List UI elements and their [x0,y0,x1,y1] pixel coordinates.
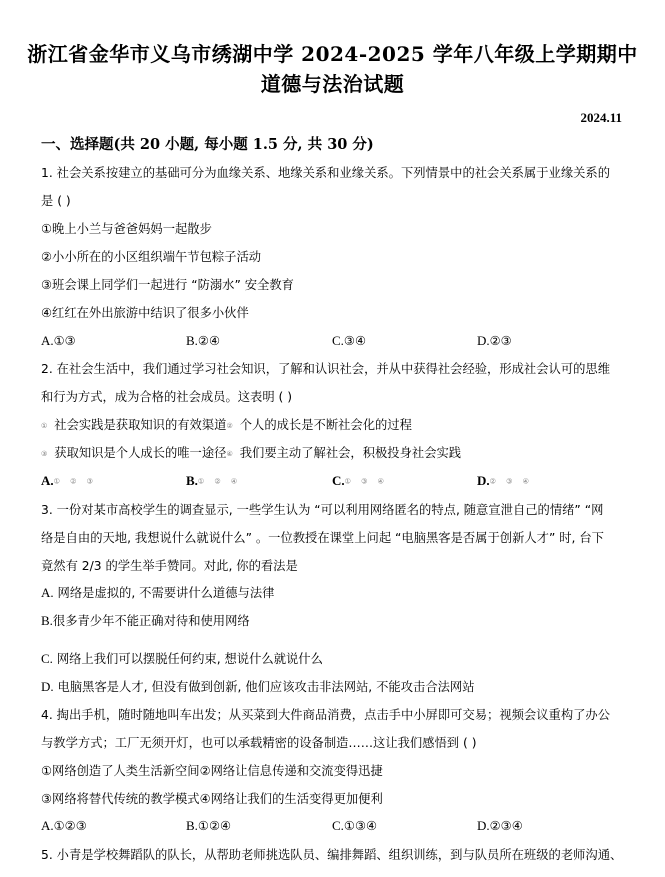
question-stem: 1. 社会关系按建立的基础可分为血缘关系、地缘关系和业缘关系。下列情景中的社会关… [41,164,610,182]
question-stem: 2. 在社会生活中，我们通过学习社会知识，了解和认识社会，并从中获得社会经验，形… [41,360,610,378]
option-text: ① ③ ④ [345,478,388,486]
statement-line: ①社会实践是获取知识的有效渠道②个人的成长是不断社会化的过程 [41,416,412,435]
statement-marker: ④ [226,450,232,458]
question-stem: 与教学方式；工厂无须开灯，也可以承载精密的设备制造……这让我们感悟到 ( ) [41,734,477,752]
option-d: D.② ③ ④ [477,472,533,491]
statement: ②小小所在的小区组织端午节包粽子活动 [41,248,261,266]
option-a: A.①②③ [41,817,87,835]
option-c: C.①③④ [332,817,377,835]
option-text: ①②③ [54,819,87,833]
statement-marker: ① [41,422,47,430]
option-letter: C. [332,333,344,348]
option-text: ①③④ [344,819,377,833]
option-letter: A. [41,818,54,833]
option-text: 电脑黑客是人才, 但没有做到创新, 他们应该攻击非法网站, 不能攻击合法网站 [54,680,475,694]
question-stem: 和行为方式，成为合格的社会成员。这表明 ( ) [41,388,292,406]
option-text: 网络上我们可以摆脱任何约束, 想说什么就说什么 [53,652,323,666]
statement-text: 社会实践是获取知识的有效渠道 [54,418,226,432]
statement-marker: ② [226,422,232,430]
statement: ③班会课上同学们一起进行 “防溺水” 安全教育 [41,276,294,294]
option-text: ③④ [344,334,366,348]
statement-line: ①网络创造了人类生活新空间②网络让信息传递和交流变得迅捷 [41,762,383,780]
exam-title-line2: 道德与法治试题 [0,72,665,96]
option-letter: D. [477,333,490,348]
question-stem: 络是自由的天地, 我想说什么就说什么” 。一位教授在课堂上问起 “电脑黑客是否属… [41,529,604,547]
option-c: C.③④ [332,332,366,350]
option-text: 很多青少年不能正确对待和使用网络 [53,614,250,628]
statement: ④红红在外出旅游中结识了很多小伙伴 [41,304,249,322]
option-text: ②③ [490,334,512,348]
option-letter: A. [41,333,54,348]
statement-text: 获取知识是个人成长的唯一途径 [54,446,226,460]
option-letter: B. [186,333,198,348]
option-d: D.②③④ [477,817,523,835]
option-letter: B. [41,613,53,628]
statement-line: ③网络将替代传统的教学模式④网络让我们的生活变得更加便利 [41,790,383,808]
question-stem: 5. 小青是学校舞蹈队的队长，从帮助老师挑选队员、编排舞蹈、组织训练，到与队员所… [41,846,622,864]
option-letter: A. [41,473,54,488]
option-letter: D. [477,818,490,833]
exam-date: 2024.11 [580,110,622,126]
statement-marker: ③ [41,450,47,458]
statement-text: 个人的成长是不断社会化的过程 [240,418,412,432]
option-d: D.②③ [477,332,512,350]
statement: ①晚上小兰与爸爸妈妈一起散步 [41,220,212,238]
option-letter: C. [332,818,344,833]
option-d: D. 电脑黑客是人才, 但没有做到创新, 他们应该攻击非法网站, 不能攻击合法网… [41,678,475,696]
option-text: ②③④ [490,819,523,833]
question-stem: 4. 掏出手机，随时随地叫车出发；从买菜到大件商品消费，点击手中小屏即可交易；视… [41,706,610,724]
option-c: C. 网络上我们可以摆脱任何约束, 想说什么就说什么 [41,650,323,668]
option-text: ② ③ ④ [490,478,533,486]
exam-title-line1: 浙江省金华市义乌市绣湖中学 2024-2025 学年八年级上学期期中 [0,42,665,66]
option-b: B.很多青少年不能正确对待和使用网络 [41,612,250,630]
question-stem: 3. 一份对某市高校学生的调查显示, 一些学生认为 “可以利用网络匿名的特点, … [41,501,603,519]
option-c: C.① ③ ④ [332,472,388,491]
option-text: ① ② ④ [198,478,241,486]
option-text: ②④ [198,334,220,348]
option-letter: B. [186,818,198,833]
statement-text: 我们要主动了解社会，积极投身社会实践 [240,446,461,460]
option-text: ① ② ③ [54,478,97,486]
option-b: B.①②④ [186,817,231,835]
option-a: A.①③ [41,332,76,350]
option-a: A.① ② ③ [41,472,97,491]
question-stem: 竟然有 2/3 的学生举手赞同。对此, 你的看法是 [41,557,298,575]
statement-line: ③获取知识是个人成长的唯一途径④我们要主动了解社会，积极投身社会实践 [41,444,461,463]
section-heading: 一、选择题(共 20 小题, 每小题 1.5 分, 共 30 分) [41,135,374,155]
option-b: B.① ② ④ [186,472,241,491]
option-text: 网络是虚拟的, 不需要讲什么道德与法律 [54,586,275,600]
option-letter: B. [186,473,198,488]
option-letter: A. [41,585,54,600]
option-letter: C. [41,651,53,666]
option-text: ①②④ [198,819,231,833]
option-text: ①③ [54,334,76,348]
option-letter: D. [41,679,54,694]
option-letter: D. [477,473,490,488]
question-stem: 是 ( ) [41,192,71,210]
option-letter: C. [332,473,345,488]
option-b: B.②④ [186,332,220,350]
option-a: A. 网络是虚拟的, 不需要讲什么道德与法律 [41,584,274,602]
